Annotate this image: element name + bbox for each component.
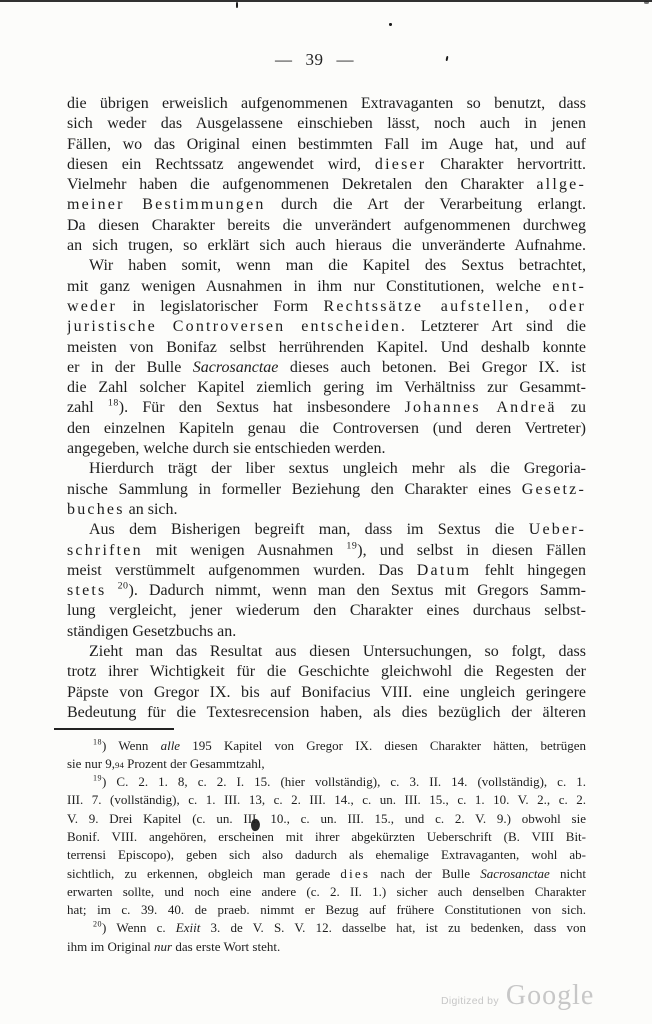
watermark: Digitized by Google (441, 980, 594, 1012)
text-line: mit ganz wenigen Ausnahmen in ihm nur Co… (67, 277, 586, 297)
scan-speck (236, 2, 238, 8)
text-line: die Zahl solcher Kapitel ziemlich gering… (67, 378, 586, 398)
text-line: er in der Bulle Sacrosanctae dieses auch… (67, 358, 586, 378)
text-segment-sp: meiner Bestimmungen (67, 196, 266, 213)
text-line: Hierdurch trägt der liber sextus ungleic… (67, 459, 586, 479)
scan-speck (644, 1, 649, 4)
text-line: Fällen, wo das Original einen bestimmten… (67, 135, 586, 155)
text-line: meiner Bestimmungen durch die Art der Ve… (67, 195, 586, 215)
text-line: schriften mit wenigen Ausnahmen 19), und… (67, 541, 586, 561)
text-line: zahl 18). Für den Sextus hat insbesonder… (67, 398, 586, 418)
text-line: die übrigen erweislich aufgenommenen Ext… (67, 94, 586, 114)
text-segment-sup: 20 (118, 581, 129, 592)
page-header: —39— (55, 50, 574, 70)
text-segment-sup: 18 (93, 737, 102, 746)
text-segment-sp: Rechtssätze aufstellen, oder (323, 298, 586, 315)
text-segment-sp: juristische Controversen entscheiden. (67, 318, 407, 335)
text-line: ihm im Original nur das erste Wort steht… (67, 938, 586, 956)
header-dash: — (337, 50, 355, 69)
watermark-prefix: Digitized by (441, 995, 499, 1007)
google-logo: Google (506, 980, 594, 1012)
text-line: stets 20). Dadurch nimmt, wenn man den S… (67, 581, 586, 601)
text-line: sie nur 9,94 Prozent der Gesammtzahl, (67, 755, 586, 773)
text-line: meist verstümmelt aufgenommen wurden. Da… (67, 561, 586, 581)
text-line: sich weder das Ausgelassene einschieben … (67, 114, 586, 134)
text-line: III. 7. (vollständig), c. 1. III. 13, c.… (67, 791, 586, 809)
text-line: buches an sich. (67, 500, 586, 520)
text-line: angegeben, welche durch sie entschieden … (67, 439, 586, 459)
text-segment-sp: ent- (552, 278, 586, 295)
text-segment-sp: Ueber- (529, 521, 586, 538)
text-line: erwarten sollte, und noch eine andere (c… (67, 883, 586, 901)
text-line: V. 9. Drei Kapitel (c. un. III. 10., c. … (67, 810, 586, 828)
text-segment-sp: dies (340, 866, 370, 881)
text-line: hat; im c. 39. 40. de praeb. nimmt er Be… (67, 901, 586, 919)
text-line: juristische Controversen entscheiden. Le… (67, 317, 586, 337)
text-segment-sp: allge- (536, 176, 586, 193)
text-segment-it: Sacrosanctae (193, 359, 279, 376)
text-segment-it: Exiit (176, 920, 201, 935)
text-line: 20) Wenn c. Exiit 3. de V. S. V. 12. das… (67, 919, 586, 937)
header-dash: — (275, 50, 293, 69)
text-line: Vielmehr haben die aufgenommenen Dekreta… (67, 175, 586, 195)
text-line: trotz ihrer Wichtigkeit für die Geschich… (67, 662, 586, 682)
text-line: weder in legislatorischer Form Rechtssät… (67, 297, 586, 317)
text-segment-sp: stets (67, 582, 106, 599)
page-content: —39— die übrigen erweislich aufgenommene… (67, 50, 586, 956)
text-segment-sup: 20 (93, 920, 102, 929)
text-segment-sp: schriften (67, 542, 143, 559)
text-line: Zieht man das Resultat aus diesen Unters… (67, 642, 586, 662)
text-segment-it: nur (154, 939, 172, 954)
page-number: 39 (306, 50, 324, 69)
text-segment-sp: weder (67, 298, 117, 315)
scan-edge-artifact (0, 0, 652, 2)
body-text: die übrigen erweislich aufgenommenen Ext… (67, 94, 586, 723)
text-line: lung vergleicht, jener wiederum den Char… (67, 601, 586, 621)
text-line: 18) Wenn alle 195 Kapitel von Gregor IX.… (67, 737, 586, 755)
text-segment-it: Sacrosanctae (480, 866, 550, 881)
text-segment-sp: Gesetz- (522, 481, 586, 498)
text-line: Da diesen Charakter bereits die unveränd… (67, 216, 586, 236)
text-line: ständigen Gesetzbuchs an. (67, 622, 586, 642)
text-line: Päpste von Gregor IX. bis auf Bonifacius… (67, 683, 586, 703)
text-segment-sp: Datum (417, 562, 472, 579)
text-line: diesen ein Rechtssatz angewendet wird, d… (67, 155, 586, 175)
text-line: terrensi Episcopo), geben sich also dadu… (67, 846, 586, 864)
footnote-text: 18) Wenn alle 195 Kapitel von Gregor IX.… (67, 737, 586, 957)
text-segment-sup: 19 (93, 774, 102, 783)
text-line: meisten von Bonifaz selbst herrührenden … (67, 338, 586, 358)
scan-speck (389, 23, 392, 26)
scanned-book-page: —39— die übrigen erweislich aufgenommene… (0, 0, 652, 1024)
text-segment-small: 94 (115, 760, 124, 770)
text-line: an sich trugen, so erklärt sich auch hie… (67, 236, 586, 256)
text-line: Wir haben somit, wenn man die Kapitel de… (67, 256, 586, 276)
text-segment-sup: 19 (346, 541, 357, 552)
text-line: sichtlich, zu erkennen, obgleich man ger… (67, 865, 586, 883)
text-line: Aus dem Bisherigen begreift man, dass im… (67, 520, 586, 540)
text-line: den einzelnen Kapiteln genau die Controv… (67, 419, 586, 439)
text-segment-it: alle (161, 738, 181, 753)
text-segment-sup: 18 (108, 398, 119, 409)
text-segment-sp: buches (67, 501, 125, 518)
text-segment-sp: Johannes Andreä (405, 399, 557, 416)
text-segment-sp: dieser (375, 156, 426, 173)
footnote-separator (54, 728, 174, 729)
text-line: Bedeutung für die Textesrecension haben,… (67, 703, 586, 723)
text-line: nische Sammlung in formeller Beziehung d… (67, 480, 586, 500)
text-line: Bonif. VIII. angehören, erscheinen mit i… (67, 828, 586, 846)
text-line: 19) C. 2. 1. 8, c. 2. I. 15. (hier volls… (67, 773, 586, 791)
